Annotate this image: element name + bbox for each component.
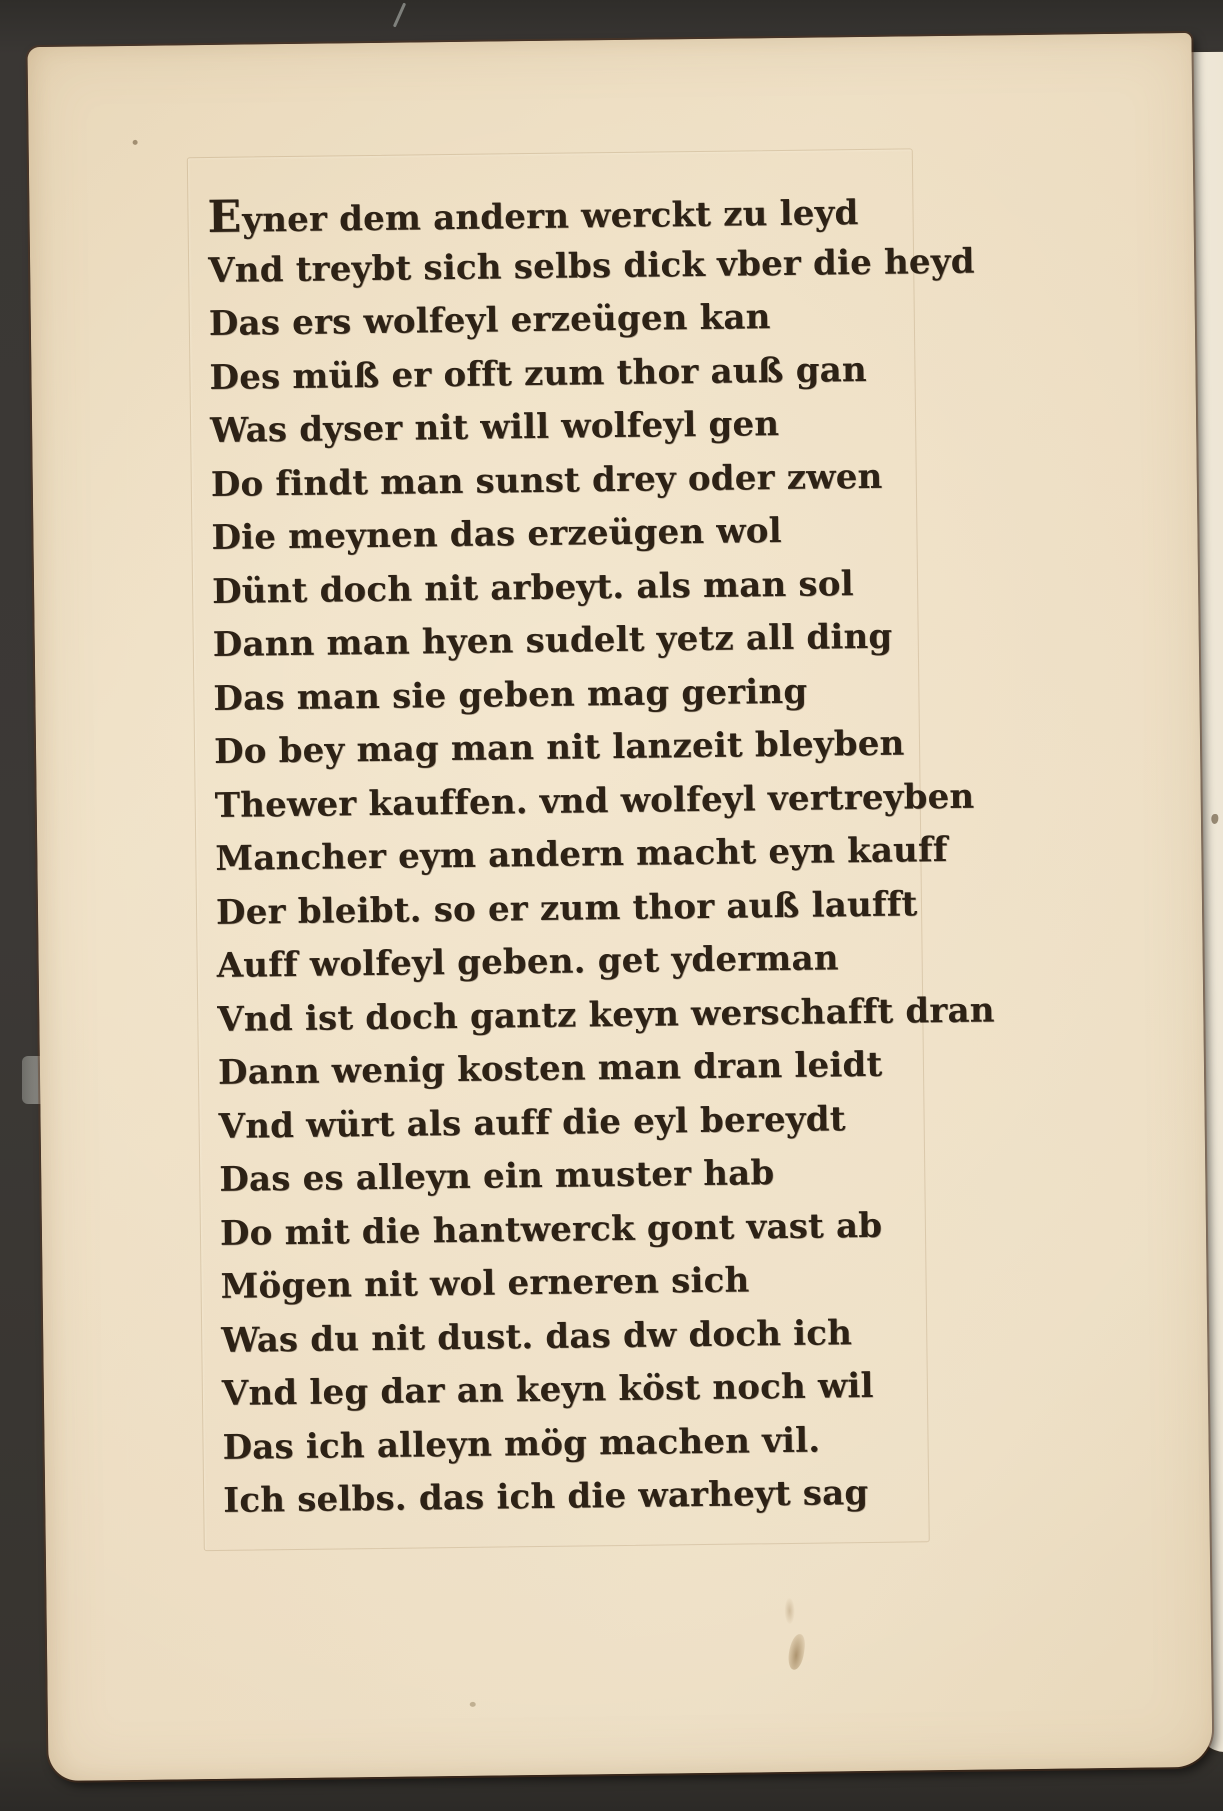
poem-line-6: Do findt man sunst drey oder zwen — [210, 449, 1011, 512]
paper-stain-faint — [784, 1598, 794, 1624]
poem-line-19: Das es alleyn ein muster hab — [219, 1144, 1020, 1207]
poem-line-7: Die meynen das erzeügen wol — [211, 502, 1012, 565]
poem-line-18: Vnd würt als auff die eyl bereydt — [218, 1091, 1019, 1154]
poem-line-24: Das ich alleyn mög machen vil. — [222, 1412, 1023, 1475]
poem-line-14: Der bleibt. so er zum thor auß laufft — [216, 877, 1017, 940]
paper-speck — [470, 1702, 476, 1707]
poem-line-16: Vnd ist doch gantz keyn werschafft dran — [217, 984, 1018, 1047]
poem-line-21: Mögen nit wol erneren sich — [220, 1251, 1021, 1314]
poem-line-20: Do mit die hantwerck gont vast ab — [220, 1198, 1021, 1261]
paper-speck — [133, 140, 138, 145]
poem-line-9: Dann man hyen sudelt yetz all ding — [212, 609, 1013, 672]
poem-line-3: Das ers wolfeyl erzeügen kan — [209, 288, 1010, 351]
poem-line-22: Was du nit dust. das dw doch ich — [221, 1305, 1022, 1368]
poem-line-12: Thewer kauffen. vnd wolfeyl vertreyben — [214, 770, 1015, 833]
poem-line-2: Vnd treybt sich selbs dick vber die heyd — [208, 235, 1009, 298]
paper-stain — [787, 1633, 806, 1671]
poem-line-4: Des müß er offt zum thor auß gan — [209, 342, 1010, 405]
poem-line-13: Mancher eym andern macht eyn kauff — [215, 823, 1016, 886]
book-page: Eyner dem andern werckt zu leydVnd treyb… — [27, 33, 1212, 1781]
poem-line-5: Was dyser nit will wolfeyl gen — [210, 395, 1011, 458]
poem-line-23: Vnd leg dar an keyn köst noch wil — [222, 1358, 1023, 1421]
poem-line-17: Dann wenig kosten man dran leidt — [218, 1037, 1019, 1100]
ink-speck-on-edge — [1211, 814, 1218, 824]
poem-line-11: Do bey mag man nit lanzeit bleyben — [214, 716, 1015, 779]
backdrop-scratch-mark — [393, 3, 406, 28]
poem-line-15: Auff wolfeyl geben. get yderman — [216, 930, 1017, 993]
poem-line-25: Ich selbs. das ich die warheyt sag — [223, 1465, 1024, 1528]
photograph-of-book-page: Eyner dem andern werckt zu leydVnd treyb… — [0, 0, 1223, 1811]
poem-text-block: Eyner dem andern werckt zu leydVnd treyb… — [207, 181, 1023, 1528]
poem-line-1: Eyner dem andern werckt zu leyd — [207, 181, 1008, 244]
poem-line-10: Das man sie geben mag gering — [213, 663, 1014, 726]
poem-line-8: Dünt doch nit arbeyt. als man sol — [212, 556, 1013, 619]
